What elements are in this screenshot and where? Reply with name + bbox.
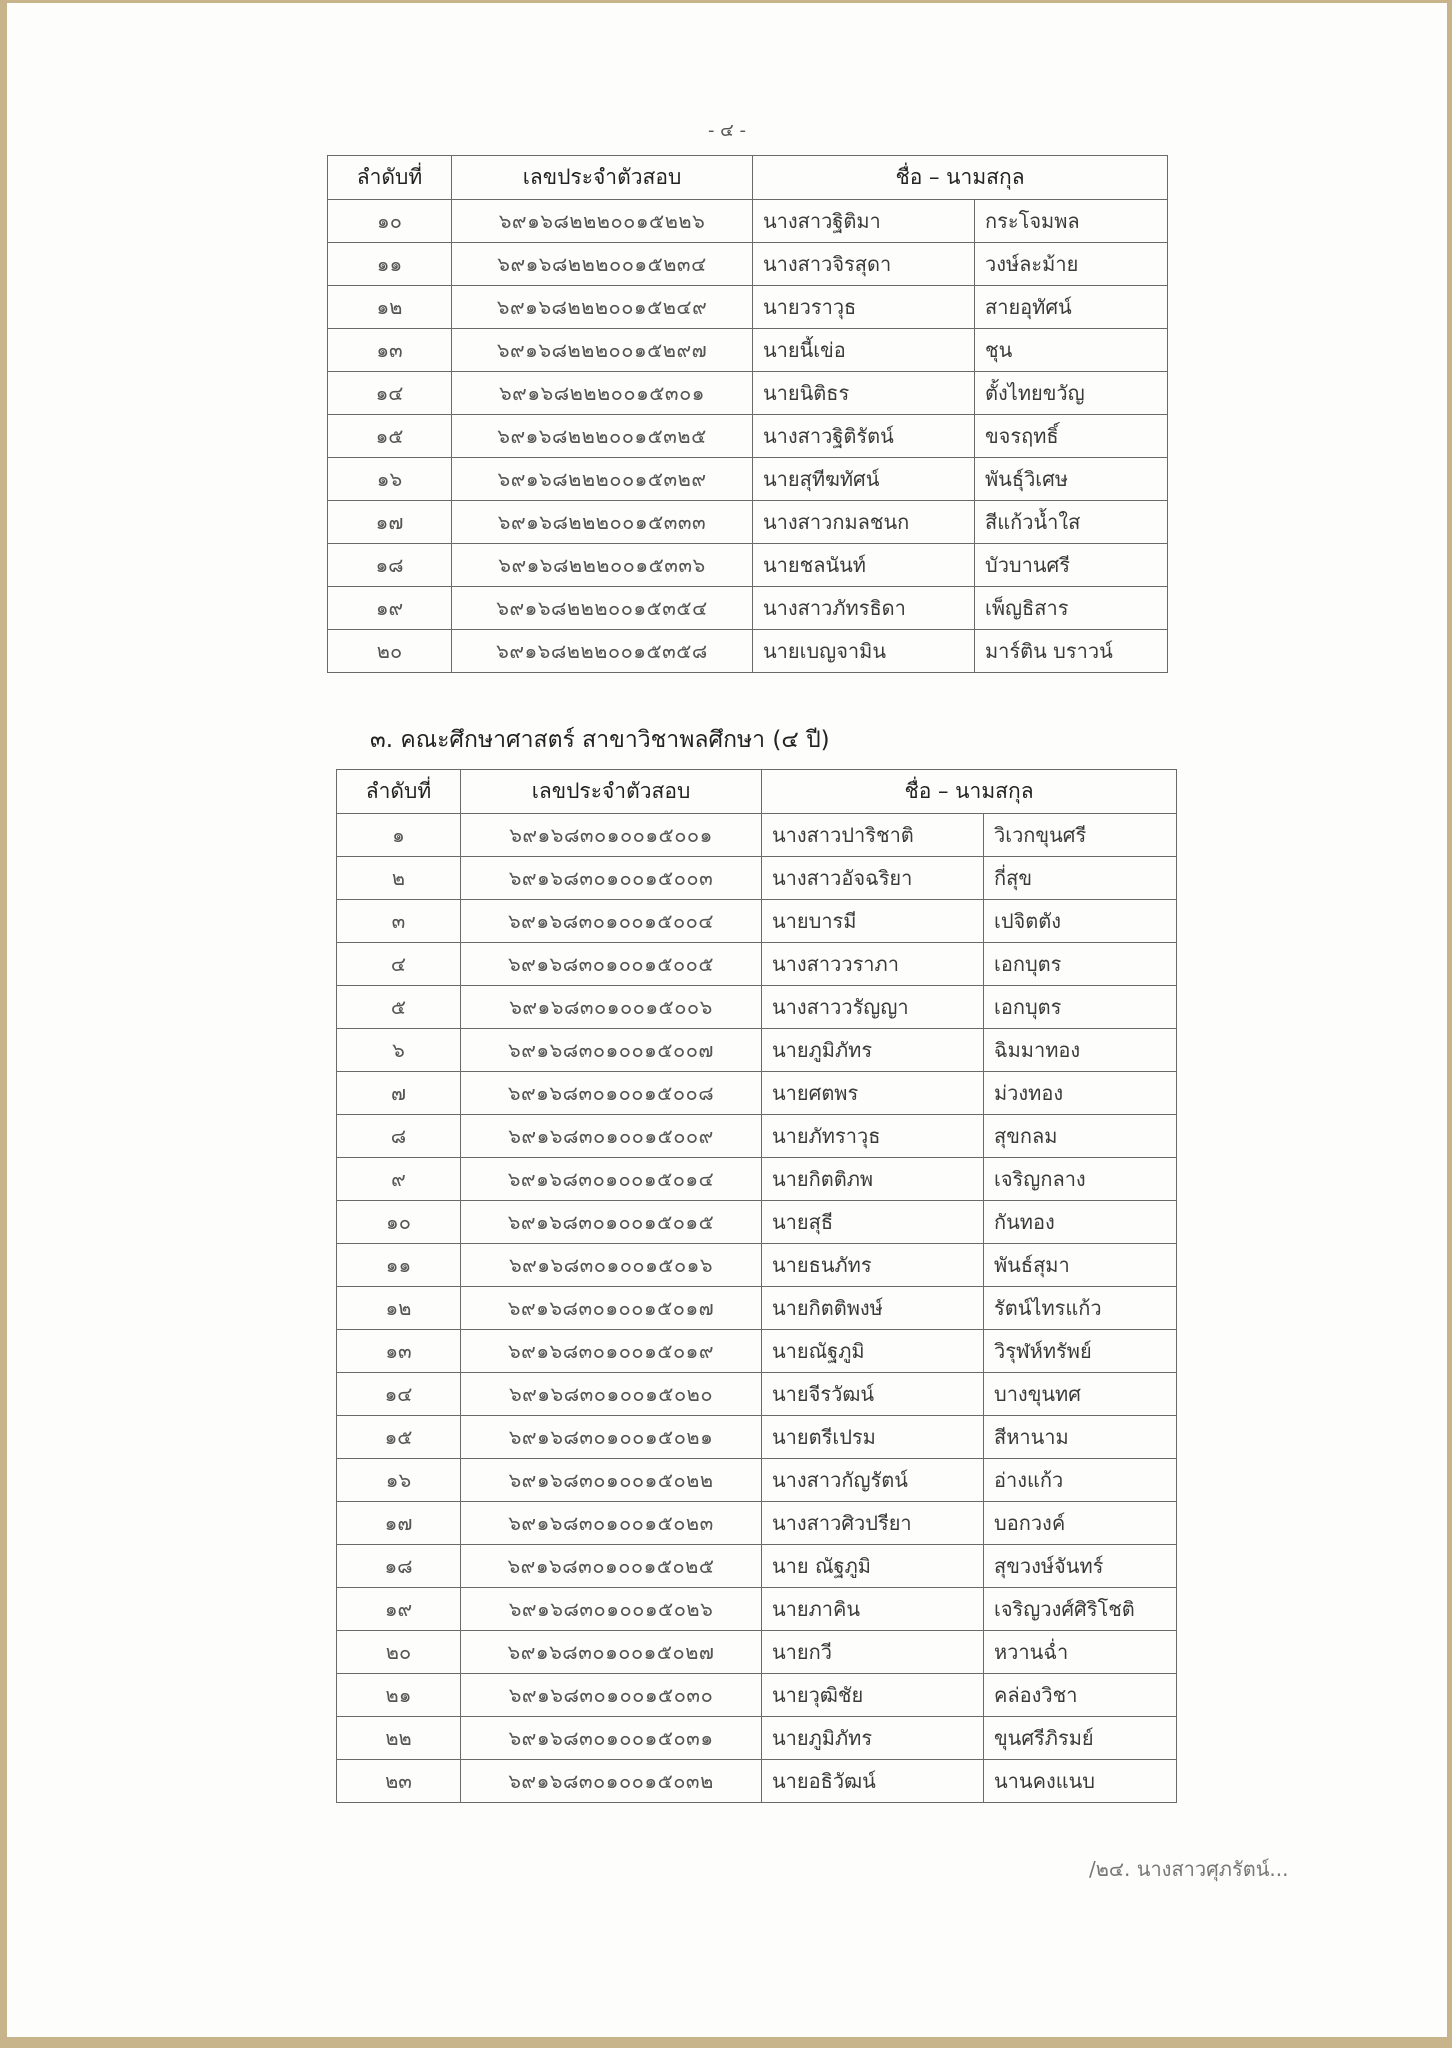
- first-name: นายนิติธร: [753, 372, 975, 415]
- last-name: พันธุ์วิเศษ: [975, 458, 1168, 501]
- exam-id: ๖๙๑๖๘๓๐๑๐๐๑๕๐๓๒: [461, 1760, 762, 1803]
- table-row: ๑๒๖๙๑๖๘๒๒๒๐๐๑๕๒๔๙นายวราวุธสายอุทัศน์: [328, 286, 1168, 329]
- last-name: บางขุนทศ: [984, 1373, 1177, 1416]
- row-number: ๑๖: [337, 1459, 461, 1502]
- first-name: นางสาวอัจฉริยา: [762, 857, 984, 900]
- last-name: อ่างแก้ว: [984, 1459, 1177, 1502]
- row-number: ๑๔: [337, 1373, 461, 1416]
- last-name: มาร์ติน บราวน์: [975, 630, 1168, 673]
- last-name: สายอุทัศน์: [975, 286, 1168, 329]
- table-row: ๗๖๙๑๖๘๓๐๑๐๐๑๕๐๐๘นายศตพรม่วงทอง: [337, 1072, 1177, 1115]
- row-number: ๑๘: [328, 544, 452, 587]
- exam-id: ๖๙๑๖๘๒๒๒๐๐๑๕๓๒๙: [452, 458, 753, 501]
- row-number: ๖: [337, 1029, 461, 1072]
- exam-id: ๖๙๑๖๘๒๒๒๐๐๑๕๒๔๙: [452, 286, 753, 329]
- last-name: เอกบุตร: [984, 943, 1177, 986]
- table-row: ๑๙๖๙๑๖๘๒๒๒๐๐๑๕๓๕๔นางสาวภัทรธิดาเพ็ญธิสาร: [328, 587, 1168, 630]
- table-row: ๑๑๖๙๑๖๘๒๒๒๐๐๑๕๒๓๔นางสาวจิรสุดาวงษ์ละม้าย: [328, 243, 1168, 286]
- table-row: ๑๖๙๑๖๘๓๐๑๐๐๑๕๐๐๑นางสาวปาริชาติวิเวกขุนศร…: [337, 814, 1177, 857]
- exam-id: ๖๙๑๖๘๓๐๑๐๐๑๕๐๐๘: [461, 1072, 762, 1115]
- row-number: ๑๕: [337, 1416, 461, 1459]
- exam-id: ๖๙๑๖๘๓๐๑๐๐๑๕๐๒๗: [461, 1631, 762, 1674]
- last-name: ตั้งไทยขวัญ: [975, 372, 1168, 415]
- row-number: ๑๖: [328, 458, 452, 501]
- table-row: ๑๕๖๙๑๖๘๓๐๑๐๐๑๕๐๒๑นายตรีเปรมสีหานาม: [337, 1416, 1177, 1459]
- first-name: นายเบญจามิน: [753, 630, 975, 673]
- exam-id: ๖๙๑๖๘๓๐๑๐๐๑๕๐๒๓: [461, 1502, 762, 1545]
- first-name: นายภัทราวุธ: [762, 1115, 984, 1158]
- table-row: ๑๖๖๙๑๖๘๓๐๑๐๐๑๕๐๒๒นางสาวกัญรัตน์อ่างแก้ว: [337, 1459, 1177, 1502]
- first-name: นางสาววราภา: [762, 943, 984, 986]
- first-name: นางสาวศิวปรียา: [762, 1502, 984, 1545]
- last-name: สีแก้วน้ำใส: [975, 501, 1168, 544]
- exam-id: ๖๙๑๖๘๓๐๑๐๐๑๕๐๒๖: [461, 1588, 762, 1631]
- table-row: ๑๐๖๙๑๖๘๓๐๑๐๐๑๕๐๑๕นายสุธีกันทอง: [337, 1201, 1177, 1244]
- first-name: นางสาวฐิติมา: [753, 200, 975, 243]
- first-name: นายธนภัทร: [762, 1244, 984, 1287]
- table-row: ๑๙๖๙๑๖๘๓๐๑๐๐๑๕๐๒๖นายภาคินเจริญวงศ์ศิริโช…: [337, 1588, 1177, 1631]
- last-name: กี่สุข: [984, 857, 1177, 900]
- exam-id: ๖๙๑๖๘๓๐๑๐๐๑๕๐๒๑: [461, 1416, 762, 1459]
- row-number: ๒๐: [328, 630, 452, 673]
- table-row: ๑๘๖๙๑๖๘๒๒๒๐๐๑๕๓๓๖นายชลนันท์บัวบานศรี: [328, 544, 1168, 587]
- last-name: พันธ์สุมา: [984, 1244, 1177, 1287]
- row-number: ๘: [337, 1115, 461, 1158]
- first-name: นายกิตติภพ: [762, 1158, 984, 1201]
- header-name: ชื่อ – นามสกุล: [762, 770, 1177, 814]
- first-name: นางสาวภัทรธิดา: [753, 587, 975, 630]
- table-row: ๙๖๙๑๖๘๓๐๑๐๐๑๕๐๑๔นายกิตติภพเจริญกลาง: [337, 1158, 1177, 1201]
- first-name: นายชลนันท์: [753, 544, 975, 587]
- row-number: ๗: [337, 1072, 461, 1115]
- exam-id: ๖๙๑๖๘๓๐๑๐๐๑๕๐๐๗: [461, 1029, 762, 1072]
- table-row: ๒๓๖๙๑๖๘๓๐๑๐๐๑๕๐๓๒นายอธิวัฒน์นานคงแนบ: [337, 1760, 1177, 1803]
- row-number: ๔: [337, 943, 461, 986]
- table-header-row: ลำดับที่ เลขประจำตัวสอบ ชื่อ – นามสกุล: [337, 770, 1177, 814]
- table-row: ๑๔๖๙๑๖๘๓๐๑๐๐๑๕๐๒๐นายจีรวัฒน์บางขุนทศ: [337, 1373, 1177, 1416]
- first-name: นางสาวกัญรัตน์: [762, 1459, 984, 1502]
- exam-id: ๖๙๑๖๘๓๐๑๐๐๑๕๐๑๗: [461, 1287, 762, 1330]
- last-name: วงษ์ละม้าย: [975, 243, 1168, 286]
- row-number: ๓: [337, 900, 461, 943]
- first-name: นางสาวจิรสุดา: [753, 243, 975, 286]
- exam-id: ๖๙๑๖๘๒๒๒๐๐๑๕๒๒๖: [452, 200, 753, 243]
- table-header-row: ลำดับที่ เลขประจำตัวสอบ ชื่อ – นามสกุล: [328, 156, 1168, 200]
- first-name: นายวุฒิชัย: [762, 1674, 984, 1717]
- last-name: กันทอง: [984, 1201, 1177, 1244]
- candidate-table-physical-education: ลำดับที่ เลขประจำตัวสอบ ชื่อ – นามสกุล ๑…: [336, 769, 1177, 1803]
- table-row: ๒๖๙๑๖๘๓๐๑๐๐๑๕๐๐๓นางสาวอัจฉริยากี่สุข: [337, 857, 1177, 900]
- exam-id: ๖๙๑๖๘๒๒๒๐๐๑๕๒๓๔: [452, 243, 753, 286]
- table-row: ๑๖๖๙๑๖๘๒๒๒๐๐๑๕๓๒๙นายสุทีฆทัศน์พันธุ์วิเศ…: [328, 458, 1168, 501]
- row-number: ๑๘: [337, 1545, 461, 1588]
- row-number: ๑๑: [328, 243, 452, 286]
- exam-id: ๖๙๑๖๘๒๒๒๐๐๑๕๒๙๗: [452, 329, 753, 372]
- table-row: ๘๖๙๑๖๘๓๐๑๐๐๑๕๐๐๙นายภัทราวุธสุขกลม: [337, 1115, 1177, 1158]
- first-name: นายกวี: [762, 1631, 984, 1674]
- exam-id: ๖๙๑๖๘๓๐๑๐๐๑๕๐๑๔: [461, 1158, 762, 1201]
- exam-id: ๖๙๑๖๘๓๐๑๐๐๑๕๐๐๙: [461, 1115, 762, 1158]
- table-row: ๒๑๖๙๑๖๘๓๐๑๐๐๑๕๐๓๐นายวุฒิชัยคล่องวิชา: [337, 1674, 1177, 1717]
- row-number: ๒๓: [337, 1760, 461, 1803]
- document-page: - ๔ - ลำดับที่ เลขประจำตัวสอบ ชื่อ – นาม…: [7, 3, 1447, 2037]
- table-row: ๕๖๙๑๖๘๓๐๑๐๐๑๕๐๐๖นางสาววรัญญาเอกบุตร: [337, 986, 1177, 1029]
- row-number: ๕: [337, 986, 461, 1029]
- first-name: นายอธิวัฒน์: [762, 1760, 984, 1803]
- table-row: ๑๐๖๙๑๖๘๒๒๒๐๐๑๕๒๒๖นางสาวฐิติมากระโจมพล: [328, 200, 1168, 243]
- continuation-note: /๒๔. นางสาวศุภรัตน์...: [1089, 1853, 1288, 1885]
- first-name: นายภูมิภัทร: [762, 1029, 984, 1072]
- first-name: นายสุทีฆทัศน์: [753, 458, 975, 501]
- exam-id: ๖๙๑๖๘๓๐๑๐๐๑๕๐๑๕: [461, 1201, 762, 1244]
- row-number: ๑๓: [328, 329, 452, 372]
- header-name: ชื่อ – นามสกุล: [753, 156, 1168, 200]
- first-name: นายตรีเปรม: [762, 1416, 984, 1459]
- row-number: ๒๑: [337, 1674, 461, 1717]
- last-name: ขจรฤทธิ์: [975, 415, 1168, 458]
- last-name: ฉิมมาทอง: [984, 1029, 1177, 1072]
- row-number: ๑๒: [337, 1287, 461, 1330]
- row-number: ๒๐: [337, 1631, 461, 1674]
- table-row: ๑๔๖๙๑๖๘๒๒๒๐๐๑๕๓๐๑นายนิติธรตั้งไทยขวัญ: [328, 372, 1168, 415]
- last-name: สุขวงษ์จันทร์: [984, 1545, 1177, 1588]
- last-name: เจริญกลาง: [984, 1158, 1177, 1201]
- exam-id: ๖๙๑๖๘๓๐๑๐๐๑๕๐๐๖: [461, 986, 762, 1029]
- exam-id: ๖๙๑๖๘๓๐๑๐๐๑๕๐๑๖: [461, 1244, 762, 1287]
- header-order: ลำดับที่: [337, 770, 461, 814]
- table-row: ๒๐๖๙๑๖๘๒๒๒๐๐๑๕๓๕๘นายเบญจามินมาร์ติน บราว…: [328, 630, 1168, 673]
- exam-id: ๖๙๑๖๘๒๒๒๐๐๑๕๓๕๔: [452, 587, 753, 630]
- first-name: นายกิตติพงษ์: [762, 1287, 984, 1330]
- exam-id: ๖๙๑๖๘๓๐๑๐๐๑๕๐๒๕: [461, 1545, 762, 1588]
- first-name: นางสาววรัญญา: [762, 986, 984, 1029]
- exam-id: ๖๙๑๖๘๓๐๑๐๐๑๕๐๑๙: [461, 1330, 762, 1373]
- first-name: นางสาวปาริชาติ: [762, 814, 984, 857]
- last-name: เปจิตตัง: [984, 900, 1177, 943]
- last-name: วิเวกขุนศรี: [984, 814, 1177, 857]
- row-number: ๑๒: [328, 286, 452, 329]
- first-name: นางสาวฐิติรัตน์: [753, 415, 975, 458]
- exam-id: ๖๙๑๖๘๓๐๑๐๐๑๕๐๐๕: [461, 943, 762, 986]
- header-order: ลำดับที่: [328, 156, 452, 200]
- exam-id: ๖๙๑๖๘๓๐๑๐๐๑๕๐๐๑: [461, 814, 762, 857]
- exam-id: ๖๙๑๖๘๒๒๒๐๐๑๕๓๒๕: [452, 415, 753, 458]
- last-name: บัวบานศรี: [975, 544, 1168, 587]
- first-name: นายศตพร: [762, 1072, 984, 1115]
- exam-id: ๖๙๑๖๘๒๒๒๐๐๑๕๓๓๓: [452, 501, 753, 544]
- last-name: เพ็ญธิสาร: [975, 587, 1168, 630]
- last-name: คล่องวิชา: [984, 1674, 1177, 1717]
- last-name: บอกวงค์: [984, 1502, 1177, 1545]
- last-name: ชุน: [975, 329, 1168, 372]
- exam-id: ๖๙๑๖๘๓๐๑๐๐๑๕๐๓๐: [461, 1674, 762, 1717]
- last-name: วิรุฬห์ทรัพย์: [984, 1330, 1177, 1373]
- row-number: ๒๒: [337, 1717, 461, 1760]
- table-row: ๑๕๖๙๑๖๘๒๒๒๐๐๑๕๓๒๕นางสาวฐิติรัตน์ขจรฤทธิ์: [328, 415, 1168, 458]
- table-row: ๑๗๖๙๑๖๘๒๒๒๐๐๑๕๓๓๓นางสาวกมลชนกสีแก้วน้ำใส: [328, 501, 1168, 544]
- last-name: สุขกลม: [984, 1115, 1177, 1158]
- row-number: ๑๙: [328, 587, 452, 630]
- table-row: ๑๘๖๙๑๖๘๓๐๑๐๐๑๕๐๒๕นาย ณัฐภูมิสุขวงษ์จันทร…: [337, 1545, 1177, 1588]
- row-number: ๑๙: [337, 1588, 461, 1631]
- exam-id: ๖๙๑๖๘๓๐๑๐๐๑๕๐๒๐: [461, 1373, 762, 1416]
- exam-id: ๖๙๑๖๘๓๐๑๐๐๑๕๐๐๔: [461, 900, 762, 943]
- last-name: เจริญวงศ์ศิริโชติ: [984, 1588, 1177, 1631]
- row-number: ๑๔: [328, 372, 452, 415]
- first-name: นายภาคิน: [762, 1588, 984, 1631]
- row-number: ๑๐: [337, 1201, 461, 1244]
- first-name: นายบารมี: [762, 900, 984, 943]
- table-row: ๑๓๖๙๑๖๘๒๒๒๐๐๑๕๒๙๗นายนี้เข่อชุน: [328, 329, 1168, 372]
- table-row: ๒๒๖๙๑๖๘๓๐๑๐๐๑๕๐๓๑นายภูมิภัทรขุนศรีภิรมย์: [337, 1717, 1177, 1760]
- last-name: นานคงแนบ: [984, 1760, 1177, 1803]
- table-row: ๑๒๖๙๑๖๘๓๐๑๐๐๑๕๐๑๗นายกิตติพงษ์รัตน์ไทรแก้…: [337, 1287, 1177, 1330]
- exam-id: ๖๙๑๖๘๓๐๑๐๐๑๕๐๓๑: [461, 1717, 762, 1760]
- exam-id: ๖๙๑๖๘๒๒๒๐๐๑๕๓๐๑: [452, 372, 753, 415]
- table-row: ๓๖๙๑๖๘๓๐๑๐๐๑๕๐๐๔นายบารมีเปจิตตัง: [337, 900, 1177, 943]
- section-heading: ๓. คณะศึกษาศาสตร์ สาขาวิชาพลศึกษา (๔ ปี): [370, 722, 830, 758]
- row-number: ๑๓: [337, 1330, 461, 1373]
- first-name: นายวราวุธ: [753, 286, 975, 329]
- exam-id: ๖๙๑๖๘๓๐๑๐๐๑๕๐๐๓: [461, 857, 762, 900]
- table-row: ๔๖๙๑๖๘๓๐๑๐๐๑๕๐๐๕นางสาววราภาเอกบุตร: [337, 943, 1177, 986]
- row-number: ๑๑: [337, 1244, 461, 1287]
- header-exam-id: เลขประจำตัวสอบ: [452, 156, 753, 200]
- first-name: นายนี้เข่อ: [753, 329, 975, 372]
- last-name: หวานฉ่ำ: [984, 1631, 1177, 1674]
- last-name: กระโจมพล: [975, 200, 1168, 243]
- last-name: ขุนศรีภิรมย์: [984, 1717, 1177, 1760]
- first-name: นายภูมิภัทร: [762, 1717, 984, 1760]
- exam-id: ๖๙๑๖๘๒๒๒๐๐๑๕๓๓๖: [452, 544, 753, 587]
- first-name: นาย ณัฐภูมิ: [762, 1545, 984, 1588]
- last-name: ม่วงทอง: [984, 1072, 1177, 1115]
- first-name: นางสาวกมลชนก: [753, 501, 975, 544]
- row-number: ๑๗: [337, 1502, 461, 1545]
- last-name: เอกบุตร: [984, 986, 1177, 1029]
- page-number: - ๔ -: [7, 115, 1447, 144]
- first-name: นายณัฐภูมิ: [762, 1330, 984, 1373]
- table-row: ๒๐๖๙๑๖๘๓๐๑๐๐๑๕๐๒๗นายกวีหวานฉ่ำ: [337, 1631, 1177, 1674]
- header-exam-id: เลขประจำตัวสอบ: [461, 770, 762, 814]
- row-number: ๒: [337, 857, 461, 900]
- exam-id: ๖๙๑๖๘๓๐๑๐๐๑๕๐๒๒: [461, 1459, 762, 1502]
- exam-id: ๖๙๑๖๘๒๒๒๐๐๑๕๓๕๘: [452, 630, 753, 673]
- row-number: ๑: [337, 814, 461, 857]
- candidate-table-continued: ลำดับที่ เลขประจำตัวสอบ ชื่อ – นามสกุล ๑…: [327, 155, 1168, 673]
- first-name: นายสุธี: [762, 1201, 984, 1244]
- table-row: ๑๑๖๙๑๖๘๓๐๑๐๐๑๕๐๑๖นายธนภัทรพันธ์สุมา: [337, 1244, 1177, 1287]
- table-row: ๖๖๙๑๖๘๓๐๑๐๐๑๕๐๐๗นายภูมิภัทรฉิมมาทอง: [337, 1029, 1177, 1072]
- row-number: ๑๐: [328, 200, 452, 243]
- table-row: ๑๓๖๙๑๖๘๓๐๑๐๐๑๕๐๑๙นายณัฐภูมิวิรุฬห์ทรัพย์: [337, 1330, 1177, 1373]
- table-row: ๑๗๖๙๑๖๘๓๐๑๐๐๑๕๐๒๓นางสาวศิวปรียาบอกวงค์: [337, 1502, 1177, 1545]
- last-name: สีหานาม: [984, 1416, 1177, 1459]
- first-name: นายจีรวัฒน์: [762, 1373, 984, 1416]
- row-number: ๙: [337, 1158, 461, 1201]
- row-number: ๑๗: [328, 501, 452, 544]
- row-number: ๑๕: [328, 415, 452, 458]
- last-name: รัตน์ไทรแก้ว: [984, 1287, 1177, 1330]
